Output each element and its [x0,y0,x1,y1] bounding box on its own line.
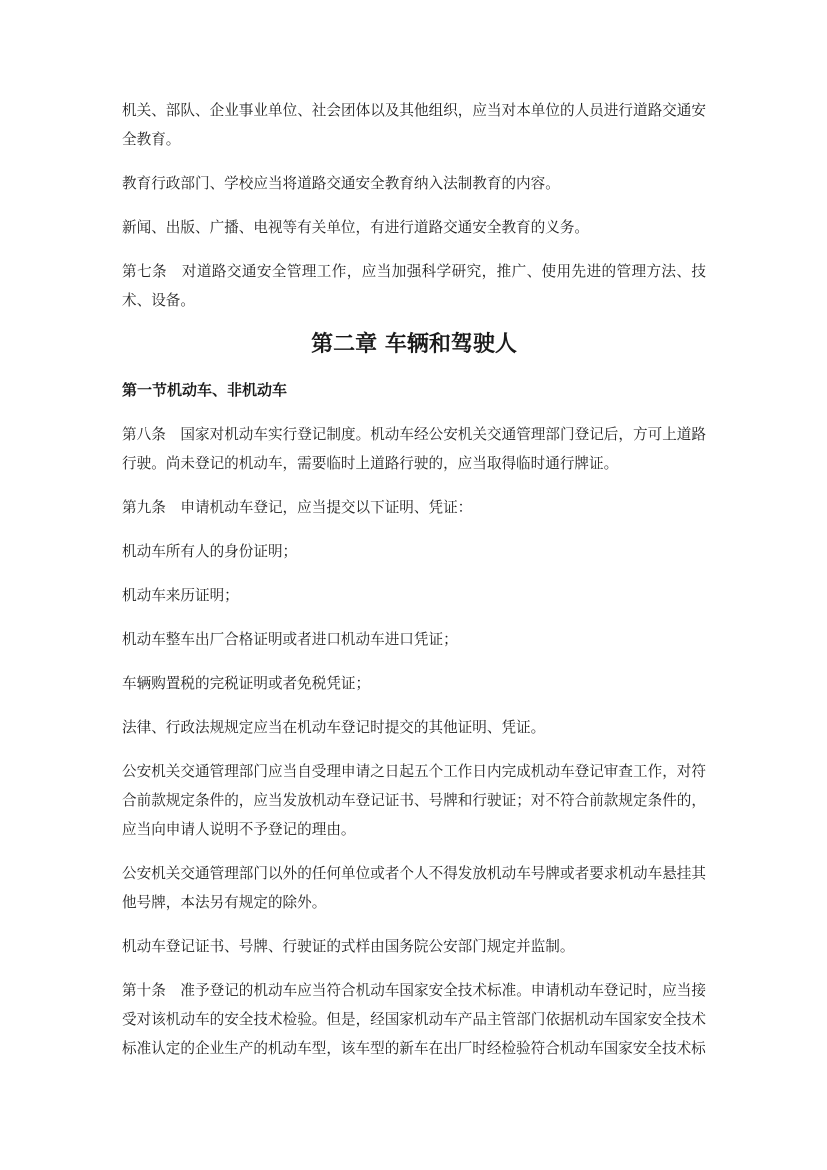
section-heading: 第一节机动车、非机动车 [122,376,706,405]
paragraph-safety-education-orgs: 机关、部队、企业事业单位、社会团体以及其他组织，应当对本单位的人员进行道路交通安… [122,96,706,154]
paragraph-plate-issuing-restriction: 公安机关交通管理部门以外的任何单位或者个人不得发放机动车号牌或者要求机动车悬挂其… [122,859,706,917]
paragraph-registration-review: 公安机关交通管理部门应当自受理申请之日起五个工作日内完成机动车登记审查工作，对符… [122,757,706,844]
paragraph-certificate-formats: 机动车登记证书、号牌、行驶证的式样由国务院公安部门规定并监制。 [122,932,706,961]
paragraph-item-factory-certificate: 机动车整车出厂合格证明或者进口机动车进口凭证； [122,625,706,654]
chapter-heading: 第二章 车辆和驾驶人 [122,330,706,360]
paragraph-article-10: 第十条 准予登记的机动车应当符合机动车国家安全技术标准。申请机动车登记时，应当接… [122,976,706,1063]
document-page: 机关、部队、企业事业单位、社会团体以及其他组织，应当对本单位的人员进行道路交通安… [0,0,827,1170]
paragraph-education-departments: 教育行政部门、学校应当将道路交通安全教育纳入法制教育的内容。 [122,169,706,198]
paragraph-article-7: 第七条 对道路交通安全管理工作，应当加强科学研究，推广、使用先进的管理方法、技术… [122,257,706,315]
paragraph-item-other-proofs: 法律、行政法规规定应当在机动车登记时提交的其他证明、凭证。 [122,713,706,742]
paragraph-article-9: 第九条 申请机动车登记，应当提交以下证明、凭证： [122,493,706,522]
paragraph-item-identity-proof: 机动车所有人的身份证明； [122,537,706,566]
paragraph-item-tax-proof: 车辆购置税的完税证明或者免税凭证； [122,669,706,698]
paragraph-item-origin-proof: 机动车来历证明； [122,581,706,610]
paragraph-media-duty: 新闻、出版、广播、电视等有关单位，有进行道路交通安全教育的义务。 [122,213,706,242]
paragraph-article-8: 第八条 国家对机动车实行登记制度。机动车经公安机关交通管理部门登记后，方可上道路… [122,420,706,478]
